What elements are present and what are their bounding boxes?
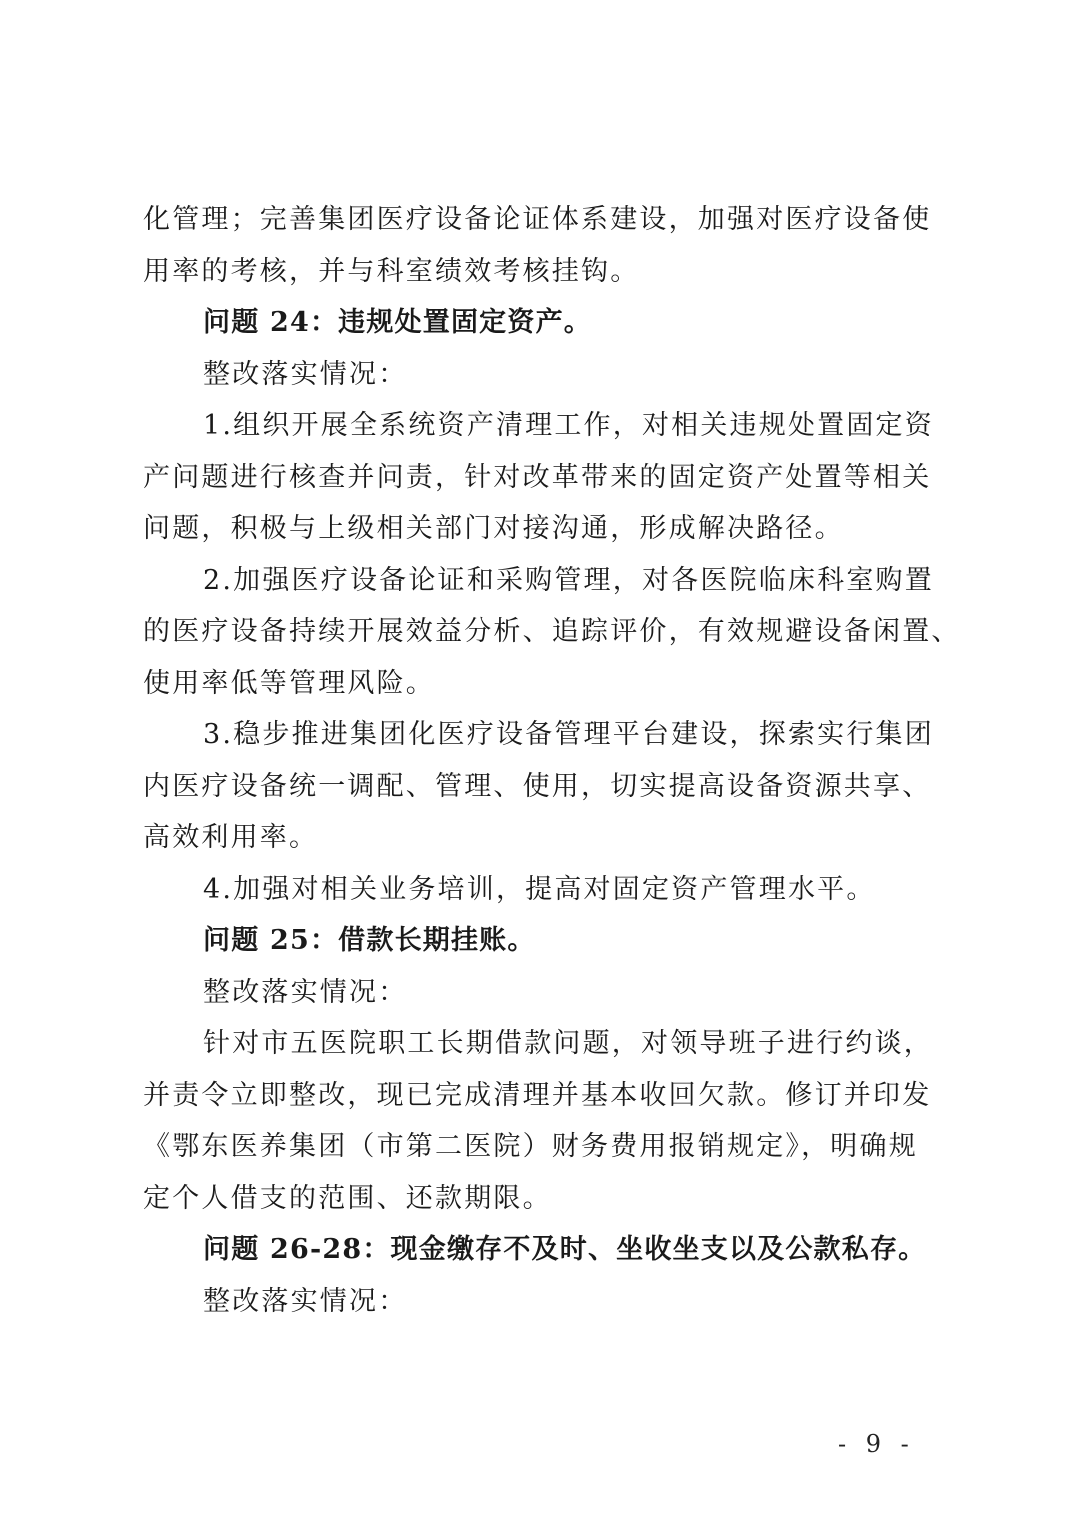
rectification-label: 整改落实情况： <box>143 1276 935 1328</box>
document-body: 化管理；完善集团医疗设备论证体系建设，加强对医疗设备使 用率的考核，并与科室绩效… <box>143 194 935 1327</box>
paragraph-line: 的医疗设备持续开展效益分析、追踪评价，有效规避设备闲置、 <box>143 606 935 658</box>
paragraph-line: 用率的考核，并与科室绩效考核挂钩。 <box>143 246 935 298</box>
rectification-label: 整改落实情况： <box>143 967 935 1019</box>
page-number: - 9 - <box>838 1430 915 1458</box>
paragraph-line: 产问题进行核查并问责，针对改革带来的固定资产处置等相关 <box>143 452 935 504</box>
document-page: 化管理；完善集团医疗设备论证体系建设，加强对医疗设备使 用率的考核，并与科室绩效… <box>0 0 1074 1520</box>
paragraph-line: 1.组织开展全系统资产清理工作，对相关违规处置固定资 <box>143 400 935 452</box>
paragraph-line: 使用率低等管理风险。 <box>143 658 935 710</box>
paragraph-line: 化管理；完善集团医疗设备论证体系建设，加强对医疗设备使 <box>143 194 935 246</box>
issue-24-heading: 问题 24：违规处置固定资产。 <box>143 297 935 349</box>
paragraph-line: 定个人借支的范围、还款期限。 <box>143 1173 935 1225</box>
paragraph-line: 并责令立即整改，现已完成清理并基本收回欠款。修订并印发 <box>143 1070 935 1122</box>
paragraph-line: 针对市五医院职工长期借款问题，对领导班子进行约谈， <box>143 1018 935 1070</box>
issue-25-heading: 问题 25：借款长期挂账。 <box>143 915 935 967</box>
paragraph-line: 内医疗设备统一调配、管理、使用，切实提高设备资源共享、 <box>143 761 935 813</box>
rectification-label: 整改落实情况： <box>143 349 935 401</box>
paragraph-line: 《鄂东医养集团（市第二医院）财务费用报销规定》，明确规 <box>143 1121 935 1173</box>
issue-26-28-heading: 问题 26-28：现金缴存不及时、坐收坐支以及公款私存。 <box>143 1224 935 1276</box>
paragraph-line: 4.加强对相关业务培训，提高对固定资产管理水平。 <box>143 864 935 916</box>
paragraph-line: 问题，积极与上级相关部门对接沟通，形成解决路径。 <box>143 503 935 555</box>
paragraph-line: 高效利用率。 <box>143 812 935 864</box>
paragraph-line: 3.稳步推进集团化医疗设备管理平台建设，探索实行集团 <box>143 709 935 761</box>
paragraph-line: 2.加强医疗设备论证和采购管理，对各医院临床科室购置 <box>143 555 935 607</box>
